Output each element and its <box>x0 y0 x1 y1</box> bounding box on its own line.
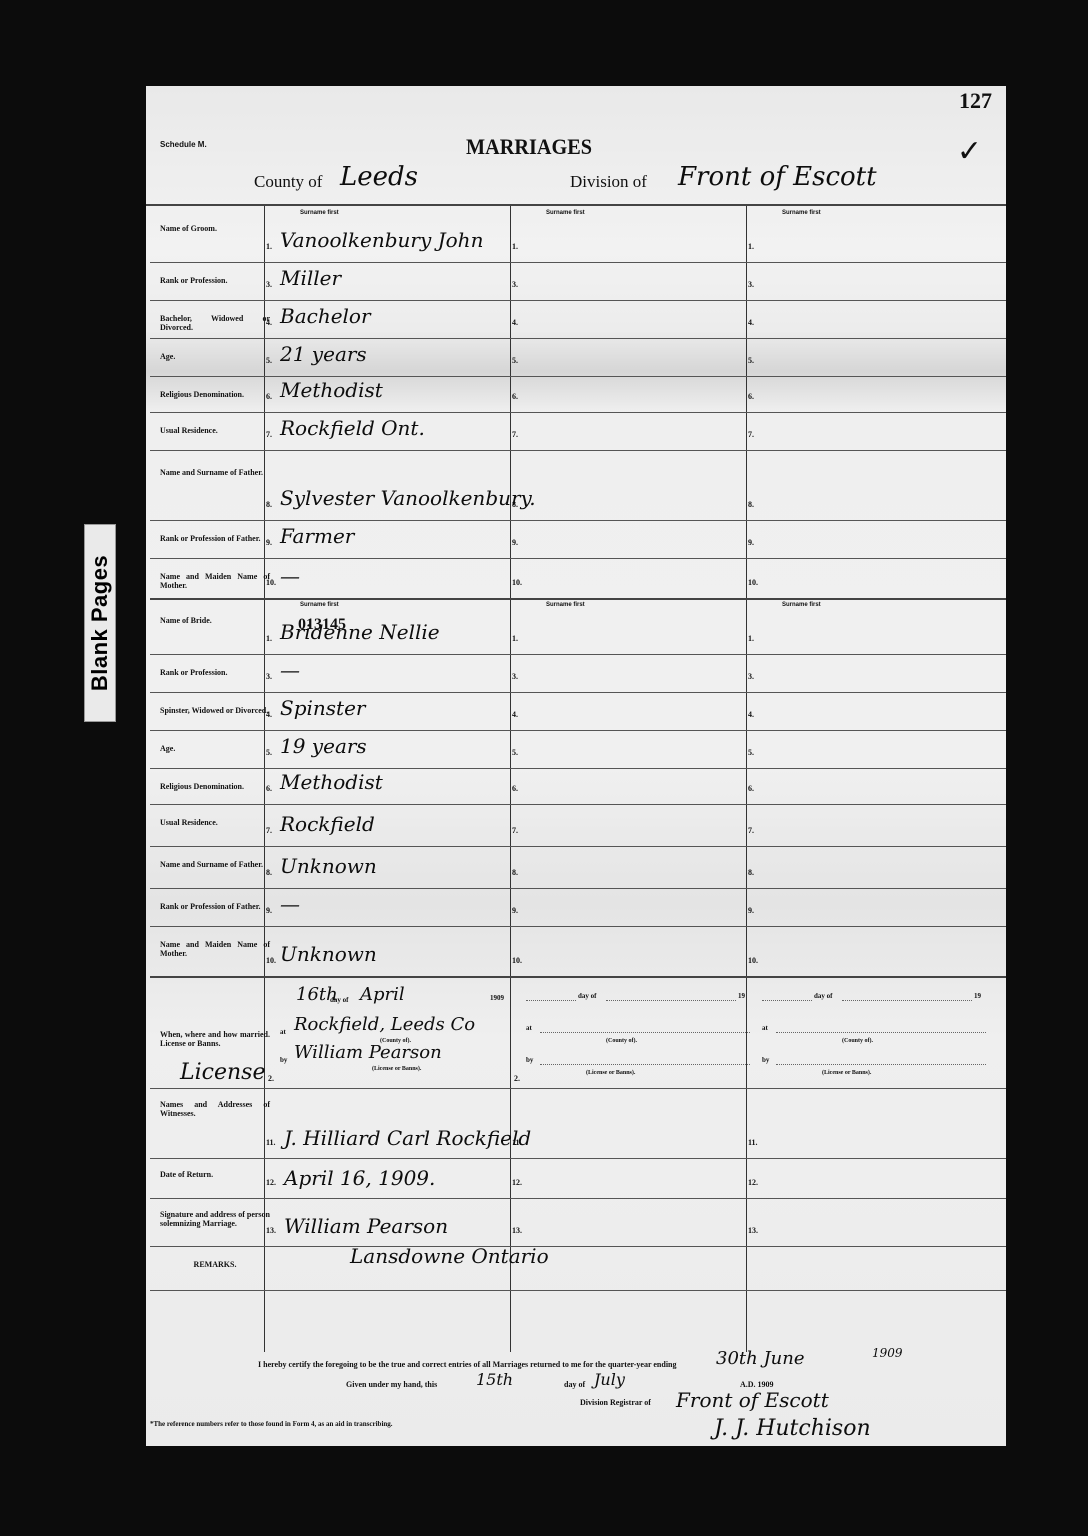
date_of_return-value: April 16, 1909. <box>284 1166 435 1190</box>
day-of-label: day of <box>578 992 596 1000</box>
field-number: 3. <box>266 280 272 289</box>
field-label: Rank or Profession. <box>160 276 270 285</box>
at-label: at <box>762 1024 768 1032</box>
field-value: — <box>280 658 300 682</box>
field-number: 7. <box>266 826 272 835</box>
field-number: 12. <box>512 1178 522 1187</box>
row-rule <box>150 1158 1006 1159</box>
field-value: Rockfield Ont. <box>280 416 425 440</box>
field-number: 5. <box>512 748 518 757</box>
field-number: 3. <box>266 672 272 681</box>
field-value: 19 years <box>280 734 367 758</box>
field-number: 4. <box>512 710 518 719</box>
row-rule <box>150 558 1006 559</box>
field-number: 10. <box>748 578 758 587</box>
marriage-year: 1909 <box>490 994 504 1002</box>
county-label: County of <box>254 172 322 192</box>
field-number: 5. <box>266 748 272 757</box>
footnote: *The reference numbers refer to those fo… <box>150 1420 393 1428</box>
license-hint: (License or Banns). <box>586 1070 635 1076</box>
field-number: 4. <box>266 318 272 327</box>
marriage-officiant: William Pearson <box>294 1042 442 1063</box>
surname-first-header: Surname first <box>782 210 821 216</box>
row-rule <box>150 338 1006 339</box>
day-of-label: day of <box>564 1380 585 1389</box>
field-number: 1. <box>512 242 518 251</box>
blank-line <box>762 1000 812 1001</box>
field-number: 12. <box>748 1178 758 1187</box>
blank-line <box>776 1032 986 1033</box>
field-number: 5. <box>748 748 754 757</box>
field-value: Unknown <box>280 854 377 878</box>
column-divider <box>510 206 511 1352</box>
marriage-register-page: 127 ✓ Schedule M. MARRIAGES County of Le… <box>146 86 1006 1446</box>
field-label: Rank or Profession. <box>160 668 270 677</box>
registrar-signature: J. J. Hutchison <box>714 1416 871 1441</box>
by-label: by <box>526 1056 533 1064</box>
field-number: 8. <box>266 868 272 877</box>
certification-block: I hereby certify the foregoing to be the… <box>146 1352 1006 1446</box>
row-rule <box>150 926 1006 927</box>
field-number: 7. <box>748 826 754 835</box>
field-number: 6. <box>512 784 518 793</box>
blank-pages-tab: Blank Pages <box>84 524 116 722</box>
field-label: Name and Maiden Name of Mother. <box>160 940 270 958</box>
surname-first-header: Surname first <box>546 602 585 608</box>
at-label: at <box>526 1024 532 1032</box>
field-number: 12. <box>266 1178 276 1187</box>
surname-first-header: Surname first <box>546 210 585 216</box>
page-number: 127 <box>959 88 992 114</box>
field-value: Unknown <box>280 942 377 966</box>
solemnizer-label: Signature and address of person solemniz… <box>160 1210 270 1228</box>
field-number: 10. <box>512 578 522 587</box>
day-of-label: day of <box>814 992 832 1000</box>
quarter-end: 30th June <box>716 1348 805 1369</box>
field-number: 3. <box>748 672 754 681</box>
row-rule <box>150 412 1006 413</box>
registrar-label: Division Registrar of <box>580 1398 651 1407</box>
field-number: 6. <box>266 784 272 793</box>
given-under-hand: Given under my hand, this <box>346 1380 437 1389</box>
row-rule <box>150 768 1006 769</box>
registrar-division: Front of Escott <box>676 1388 829 1412</box>
county-of-hint: (County of). <box>842 1038 873 1044</box>
marriage-label: When, where and how married. License or … <box>160 1030 270 1048</box>
field-number: 10. <box>748 956 758 965</box>
solemnizer-value: William Pearson <box>284 1214 448 1238</box>
field-number: 11. <box>748 1138 758 1147</box>
field-number: 7. <box>266 430 272 439</box>
row-rule <box>150 804 1006 805</box>
given-month: July <box>594 1370 625 1389</box>
row-rule <box>150 300 1006 301</box>
field-number: 2. <box>514 1074 520 1083</box>
quarter-year: 1909 <box>872 1346 903 1360</box>
field-value: Methodist <box>280 770 383 794</box>
field-number: 1. <box>512 634 518 643</box>
field-value: Spinster <box>280 696 365 720</box>
remarks-label: REMARKS. <box>160 1260 270 1269</box>
field-number: 6. <box>512 392 518 401</box>
field-value: Miller <box>280 266 341 290</box>
row-rule <box>150 376 1006 377</box>
blank-line <box>540 1064 750 1065</box>
field-label: Name of Groom. <box>160 224 270 233</box>
check-mark-icon: ✓ <box>957 134 982 169</box>
day-of-label: day of <box>330 996 348 1004</box>
column-divider <box>746 206 747 1352</box>
field-number: 5. <box>512 356 518 365</box>
field-number: 13. <box>266 1226 276 1235</box>
register-grid: 013145 Surname firstSurname firstSurname… <box>150 206 1006 1352</box>
surname-first-header: Surname first <box>300 210 339 216</box>
field-number: 4. <box>266 710 272 719</box>
field-number: 2. <box>268 1074 274 1083</box>
marriage-month: April <box>360 984 405 1005</box>
field-number: 5. <box>748 356 754 365</box>
field-value: Farmer <box>280 524 354 548</box>
field-number: 9. <box>748 906 754 915</box>
division-label: Division of <box>570 172 647 192</box>
field-label: Name and Surname of Father. <box>160 860 270 869</box>
field-number: 10. <box>266 956 276 965</box>
field-number: 5. <box>266 356 272 365</box>
license-or-banns: License <box>180 1060 265 1085</box>
row-rule <box>150 262 1006 263</box>
field-number: 8. <box>748 500 754 509</box>
row-rule <box>150 888 1006 889</box>
row-rule <box>150 1290 1006 1291</box>
field-number: 4. <box>748 710 754 719</box>
field-number: 1. <box>748 634 754 643</box>
field-number: 9. <box>512 538 518 547</box>
field-number: 8. <box>512 868 518 877</box>
field-label: Religious Denomination. <box>160 390 270 399</box>
field-number: 8. <box>748 868 754 877</box>
field-label: Religious Denomination. <box>160 782 270 791</box>
field-label: Usual Residence. <box>160 818 270 827</box>
field-value: Vanoolkenbury John <box>280 228 483 252</box>
field-number: 4. <box>748 318 754 327</box>
by-label: by <box>762 1056 769 1064</box>
field-number: 9. <box>266 538 272 547</box>
field-number: 10. <box>266 578 276 587</box>
field-value: Rockfield <box>280 812 375 836</box>
field-number: 9. <box>748 538 754 547</box>
date_of_return-label: Date of Return. <box>160 1170 270 1179</box>
row-rule <box>150 450 1006 451</box>
field-number: 7. <box>748 430 754 439</box>
year-prefix: 19 <box>738 992 745 1000</box>
field-label: Age. <box>160 352 270 361</box>
field-number: 11. <box>266 1138 276 1147</box>
schedule-label: Schedule M. <box>160 140 207 149</box>
field-number: 3. <box>512 280 518 289</box>
witnesses-label: Names and Addresses of Witnesses. <box>160 1100 270 1118</box>
field-label: Usual Residence. <box>160 426 270 435</box>
field-number: 1. <box>748 242 754 251</box>
row-rule <box>150 1198 1006 1199</box>
row-rule <box>150 520 1006 521</box>
field-number: 13. <box>512 1226 522 1235</box>
row-rule <box>150 1246 1006 1247</box>
field-value: Sylvester Vanoolkenbury. <box>280 486 536 510</box>
solemnizer-address: Lansdowne Ontario <box>350 1244 549 1268</box>
field-number: 13. <box>748 1226 758 1235</box>
license-hint: (License or Banns). <box>822 1070 871 1076</box>
field-label: Spinster, Widowed or Divorced. <box>160 706 270 715</box>
row-rule <box>150 730 1006 731</box>
field-number: 6. <box>748 784 754 793</box>
blank-line <box>842 1000 972 1001</box>
field-number: 1. <box>266 242 272 251</box>
field-label: Bachelor, Widowed or Divorced. <box>160 314 270 332</box>
row-rule <box>150 654 1006 655</box>
field-number: 1. <box>266 634 272 643</box>
at-label: at <box>280 1028 286 1036</box>
certification-text: I hereby certify the foregoing to be the… <box>258 1360 677 1369</box>
blank-line <box>526 1000 576 1001</box>
field-number: 7. <box>512 430 518 439</box>
year-prefix: 19 <box>974 992 981 1000</box>
field-label: Rank or Profession of Father. <box>160 534 270 543</box>
field-value: Bridenne Nellie <box>280 620 440 644</box>
field-number: 6. <box>266 392 272 401</box>
section-rule <box>150 976 1006 978</box>
blank-line <box>606 1000 736 1001</box>
row-rule <box>150 692 1006 693</box>
surname-first-header: Surname first <box>782 602 821 608</box>
section-rule <box>150 598 1006 600</box>
field-label: Rank or Profession of Father. <box>160 902 270 911</box>
county-of-hint: (County of). <box>606 1038 637 1044</box>
by-label: by <box>280 1056 287 1064</box>
field-number: 10. <box>512 956 522 965</box>
division-value: Front of Escott <box>678 162 877 192</box>
field-value: Bachelor <box>280 304 371 328</box>
license-hint: (License or Banns). <box>372 1066 421 1072</box>
field-value: 21 years <box>280 342 367 366</box>
surname-first-header: Surname first <box>300 602 339 608</box>
field-label: Name and Maiden Name of Mother. <box>160 572 270 590</box>
field-label: Name and Surname of Father. <box>160 468 270 477</box>
row-rule <box>150 1088 1006 1089</box>
field-value: — <box>280 892 300 916</box>
field-number: 4. <box>512 318 518 327</box>
marriage-place: Rockfield, Leeds Co <box>294 1014 475 1035</box>
page-title: MARRIAGES <box>466 134 592 160</box>
field-number: 9. <box>512 906 518 915</box>
row-rule <box>150 846 1006 847</box>
blank-line <box>776 1064 986 1065</box>
given-day: 15th <box>476 1370 513 1389</box>
field-number: 9. <box>266 906 272 915</box>
field-number: 3. <box>512 672 518 681</box>
column-divider <box>264 206 265 1352</box>
field-number: 3. <box>748 280 754 289</box>
field-value: Methodist <box>280 378 383 402</box>
field-label: Name of Bride. <box>160 616 270 625</box>
field-label: Age. <box>160 744 270 753</box>
blank-line <box>540 1032 750 1033</box>
field-value: — <box>280 564 300 588</box>
field-number: 7. <box>512 826 518 835</box>
field-number: 6. <box>748 392 754 401</box>
field-number: 8. <box>266 500 272 509</box>
county-value: Leeds <box>340 162 418 192</box>
witnesses-value: J. Hilliard Carl Rockfield <box>284 1126 531 1150</box>
